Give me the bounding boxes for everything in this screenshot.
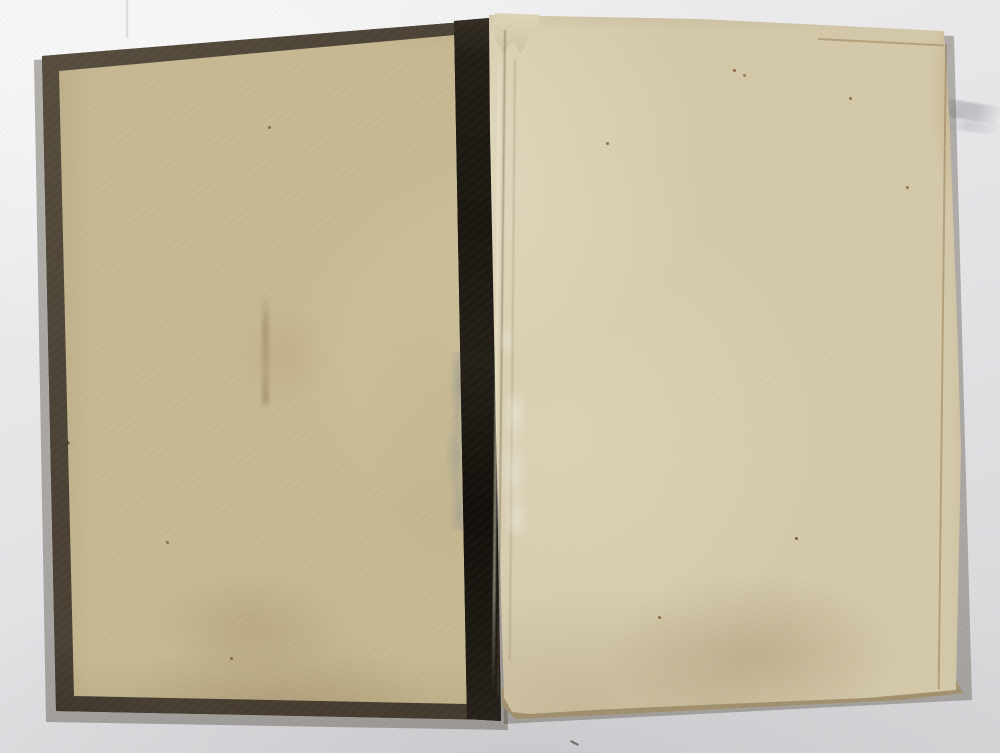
stain-blotch [118, 556, 383, 691]
foxing-specks [0, 0, 3, 3]
white-scuff [500, 393, 530, 535]
backdrop-crease [126, 0, 128, 38]
book-photograph [0, 0, 1000, 753]
drip-stain [262, 292, 269, 408]
stain-blotch [222, 288, 347, 423]
white-scuff [497, 316, 517, 364]
